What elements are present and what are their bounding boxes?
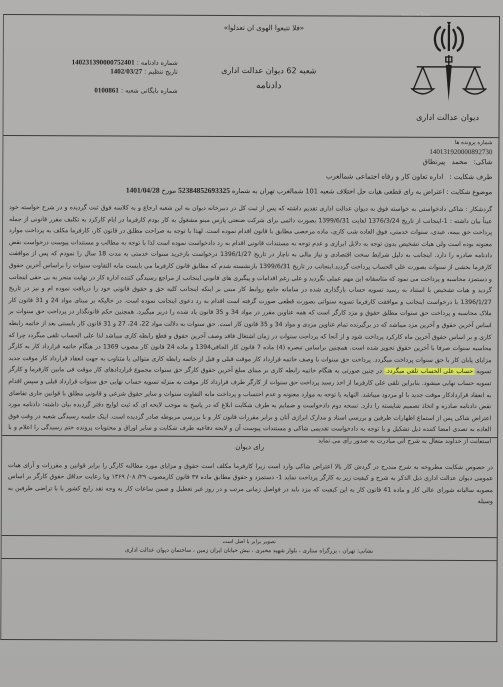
verdict-text: در خصوص شکایت مطروحه به شرح مندرج در گرد… [8,460,493,507]
archive-number: 0100861 [94,86,119,94]
highlighted-text: حساب علی الحساب تلقی میگردد. [384,368,474,375]
ruling-number: 52384852693325 [178,186,230,195]
subject-date-word: مورخ [162,187,176,195]
archive-row: شماره بایگانی شعبه : 0100861 [28,86,178,96]
document-frame: دیوان عدالت اداری «فلا تتبعوا الهوی ان ت… [0,14,500,642]
certified-copy-note: تصویر برابر با اصل است [2,538,497,546]
summary-text-part1: شاکی دادخواستی به خواسته فوق به دیوان عد… [8,204,492,375]
respondent-label: طرف شکایت : [449,173,492,181]
summary-label: گردشکار : [466,206,493,213]
file-number: 140131920000892730 [429,148,492,157]
file-number-label: شماره پرونده ها [9,137,492,148]
issue-date: 1402/03/27 [110,67,142,75]
logo-caption: دیوان عدالت اداری [403,113,493,122]
document-metadata: شماره دادنامه : 140231390000752401 تاریخ… [28,58,178,96]
document-footer: تصویر برابر با اصل است نشانی: تهران ، بز… [2,535,497,561]
case-summary: گردشکار : شاکی دادخواستی به خواسته فوق ب… [8,202,492,448]
subject-text: اعتراض به رای قطعی هیات حل اختلاف شعبه 1… [232,187,444,196]
header-motto: «فلا تتبعوا الهوی ان تعدلوا» [194,24,334,33]
court-address: نشانی: تهران ، بزرگراه ستاری ، بلوار شهی… [2,547,497,555]
scanned-document-page: شماره پرونده [0,0,503,687]
respondent-value: اداره تعاون کار و رفاه اجتماعی شمالغرب [326,172,443,181]
complainant-last-name: پیرنطاق [423,158,446,166]
complainant-field: شاکی: محمد پیرنطاق [9,155,492,167]
verdict-number: 140231390000752401 [72,58,135,66]
document-header: دیوان عدالت اداری «فلا تتبعوا الهوی ان ت… [3,15,499,138]
ruling-date: 1401/04/28 [126,186,160,195]
court-branch: شعبه 62 دیوان عدالت اداری [204,66,334,76]
document-type-title: دادنامه [204,81,334,92]
verdict-title: رای دیوان [2,442,497,452]
complainant-first-name: محمد [452,158,468,166]
respondent-field: طرف شکایت : اداره تعاون کار و رفاه اجتما… [9,170,492,182]
complainant-label: شاکی: [473,158,492,166]
archive-label: شماره بایگانی شعبه : [121,88,178,95]
subject-field: موضوع شکایت : اعتراض به رای قطعی هیات حل… [9,185,492,197]
verdict-number-label: شماره دادنامه : [137,60,178,67]
summary-text-part2: در چنین صورتی به هنگام خاتمه رابطه کاری … [8,366,491,445]
scales-of-justice-emblem-icon [411,21,487,107]
court-logo: دیوان عدالت اداری [400,17,497,138]
document-body: شماره پرونده ها 140131920000892730 شاکی:… [2,137,498,448]
date-label: تاریخ تنظیم : [144,69,178,76]
subject-label: موضوع شکایت : [446,188,492,196]
